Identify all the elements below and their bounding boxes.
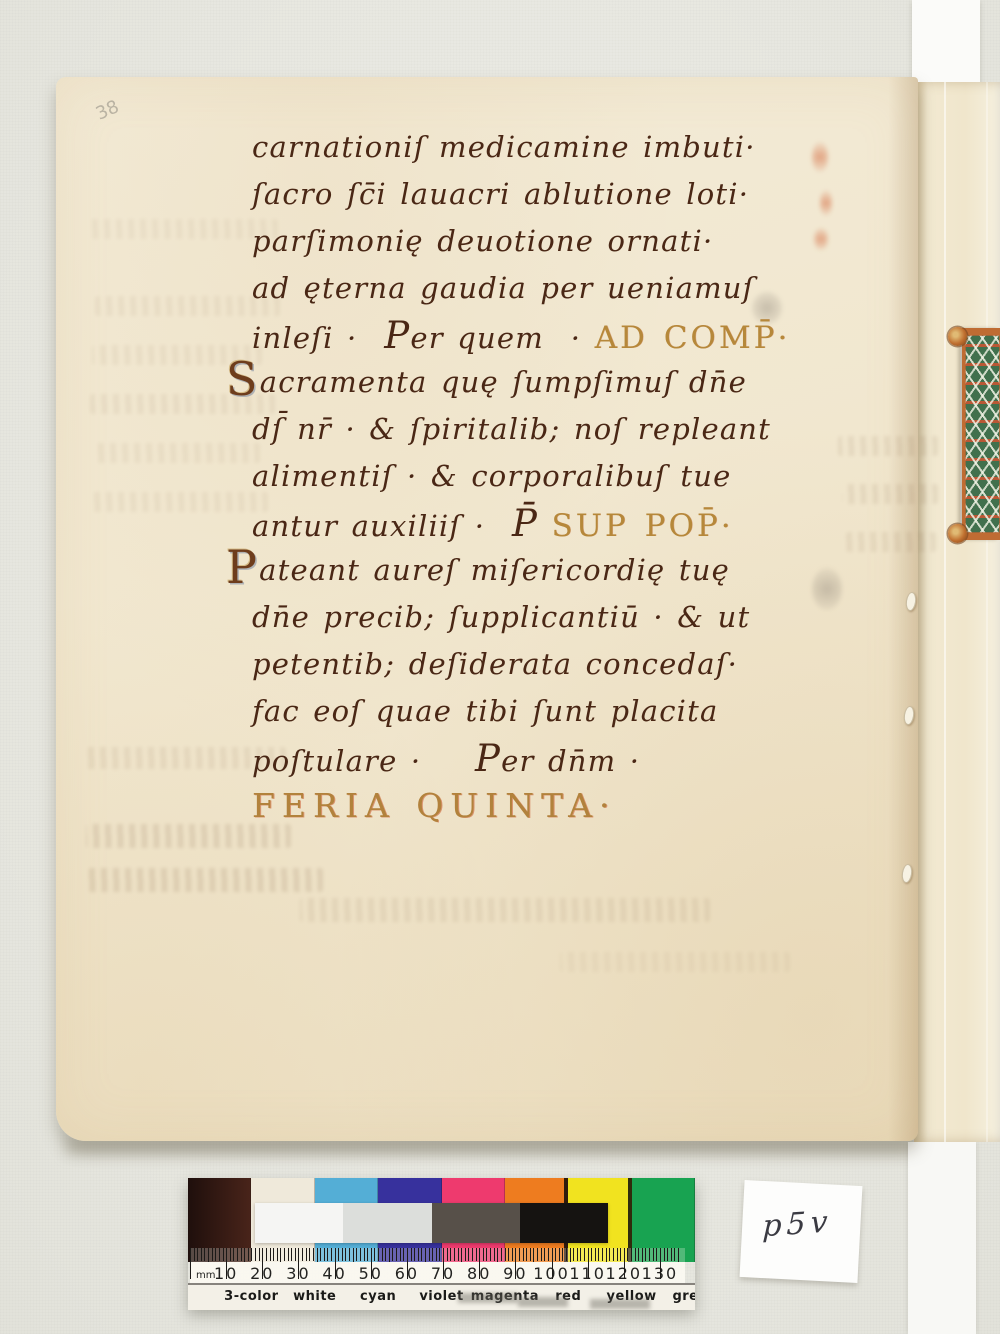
manuscript-line: antur auxiliiſ · P̄ SUP POP̄· — [226, 500, 838, 547]
ruler-tick — [519, 1248, 520, 1261]
ruler-tick — [382, 1248, 383, 1261]
manuscript-line: ſacro ſc̄i lauacri ablutione loti· — [226, 171, 838, 218]
leaf-edge-highlight — [944, 82, 946, 1142]
ruler-tick — [324, 1248, 325, 1261]
ruler-tick — [320, 1248, 321, 1261]
manuscript-line: dſ̄ nr̄ · & ſpiritalib; noſ repleant — [226, 406, 838, 453]
ruler-tick — [508, 1248, 509, 1261]
ruler-tick — [226, 1248, 227, 1279]
ruler-shadow — [518, 1297, 568, 1307]
ruler-tick — [450, 1248, 451, 1261]
ruler-tick — [411, 1248, 412, 1261]
text-segment-ink: er dn̄m · — [501, 744, 640, 778]
vine-leaf-pattern — [965, 335, 1000, 533]
ruler-tick — [642, 1248, 643, 1262]
manuscript-line: inleſi · Per quem · AD COMP̄· — [226, 312, 838, 359]
tissue-paper-top — [912, 0, 980, 88]
ruler-tick — [302, 1248, 303, 1261]
ruler-tick — [360, 1248, 361, 1261]
ruler-tick — [429, 1248, 430, 1261]
folio-label-slip: p5v — [740, 1180, 863, 1283]
text-segment-gold: SUP POP̄· — [552, 508, 734, 544]
ruler-tick — [584, 1248, 585, 1261]
showthrough-text-ghost — [300, 898, 710, 922]
text-segment-ink: carnationiſ medicamine imbuti· — [252, 130, 756, 164]
ruler-tick — [298, 1248, 299, 1279]
ruler-tick — [194, 1248, 195, 1261]
text-segment-ink: parſimonię deuotione ornati· — [252, 224, 713, 258]
ruler-tick — [295, 1248, 296, 1261]
ruler-tick — [392, 1248, 393, 1261]
ruler-tick — [356, 1248, 357, 1261]
ruler-tick — [270, 1248, 271, 1261]
ruler-tick — [418, 1248, 419, 1261]
ruler-tick — [284, 1248, 285, 1261]
text-segment-ink: ſacro ſc̄i lauacri ablutione loti· — [252, 177, 749, 211]
ruler-tick — [244, 1248, 245, 1262]
ruler-tick — [660, 1248, 661, 1279]
text-segment-ink: inleſi · — [252, 321, 384, 355]
ruler-tick — [439, 1248, 440, 1261]
ruler-tick — [204, 1248, 205, 1261]
manuscript-line: parſimonię deuotione ornati· — [226, 218, 838, 265]
tissue-paper-bottom — [908, 1142, 976, 1334]
grayscale-strip — [255, 1203, 608, 1243]
ruler-tick — [613, 1248, 614, 1261]
ruler-tick — [396, 1248, 397, 1261]
patch-label-cyan: cyan — [360, 1289, 396, 1304]
patch-label-green: green — [672, 1289, 695, 1304]
ruler-tick — [262, 1248, 263, 1279]
ruler-tick — [638, 1248, 639, 1261]
ruler-tick — [606, 1248, 607, 1262]
patch-label-row: 3-colorwhitecyanvioletmagentaredyellowgr… — [188, 1283, 695, 1310]
grayscale-segment — [343, 1203, 431, 1243]
ruler-tick — [497, 1248, 498, 1262]
ruler-tick — [523, 1248, 524, 1261]
text-segment-bigp: P — [475, 737, 501, 780]
ruler-tick — [458, 1248, 459, 1261]
ruler-tick — [486, 1248, 487, 1261]
ruler-tick-band — [190, 1248, 685, 1262]
manuscript-line: Sacramenta quę ſumpſimuſ dn̄e — [226, 359, 838, 406]
ruler-tick — [635, 1248, 636, 1261]
ruler-tick — [266, 1248, 267, 1261]
ruler-tick — [425, 1248, 426, 1262]
ruler-tick — [501, 1248, 502, 1261]
ruler-tick — [313, 1248, 314, 1261]
manuscript-line: ad ęterna gaudia per ueniamuſ — [226, 265, 838, 312]
ruler-tick — [317, 1248, 318, 1262]
ruler-tick — [602, 1248, 603, 1261]
ruler-tick — [241, 1248, 242, 1261]
ruler-tick — [645, 1248, 646, 1261]
ruler-tick — [541, 1248, 542, 1261]
manuscript-line: dn̄e precib; ſupplicantiū · & ut — [226, 594, 838, 641]
manuscript-line: poſtulare · Per dn̄m · — [226, 735, 838, 782]
ruler-tick — [233, 1248, 234, 1261]
ruler-tick — [624, 1248, 625, 1279]
color-calibration-bar: mm 102030405060708090100110120130 3-colo… — [188, 1178, 695, 1308]
ruler-tick — [664, 1248, 665, 1261]
ruler-tick — [367, 1248, 368, 1261]
ruler-tick — [494, 1248, 495, 1261]
manuscript-line: Pateant aureſ miſericordię tuę — [226, 547, 838, 594]
ruler-tick — [631, 1248, 632, 1261]
ruler-tick — [533, 1248, 534, 1262]
grayscale-segment — [432, 1203, 520, 1243]
ruler-tick — [197, 1248, 198, 1261]
ruler-tick — [530, 1248, 531, 1261]
ruler-shadow — [590, 1299, 650, 1309]
ruler-tick — [389, 1248, 390, 1262]
ruler-tick — [421, 1248, 422, 1261]
grayscale-segment — [520, 1203, 608, 1243]
text-segment-ink: ad ęterna gaudia per ueniamuſ — [252, 271, 755, 305]
ruler-unit-label: mm — [196, 1270, 215, 1281]
ruler-tick — [512, 1248, 513, 1261]
ruler-tick — [309, 1248, 310, 1261]
folio-label-text: p5v — [762, 1204, 833, 1244]
ruler-tick — [577, 1248, 578, 1261]
ruler-tick — [447, 1248, 448, 1261]
ruler-tick — [461, 1248, 462, 1262]
ruler-tick — [656, 1248, 657, 1261]
ruler-shadow — [458, 1293, 518, 1303]
ruler-tick — [609, 1248, 610, 1261]
border-corner-boss — [948, 524, 967, 543]
ruler-tick — [338, 1248, 339, 1261]
ruler-tick — [526, 1248, 527, 1261]
manuscript-line: alimentiſ · & corporalibuſ tue — [226, 453, 838, 500]
ruler-tick — [591, 1248, 592, 1261]
ruler-tick — [212, 1248, 213, 1261]
illuminated-border — [962, 328, 1000, 540]
ruler-tick — [345, 1248, 346, 1261]
patch-label-white: white — [293, 1289, 336, 1304]
ruler-tick — [219, 1248, 220, 1261]
ruler-tick — [595, 1248, 596, 1261]
ruler-tick — [649, 1248, 650, 1261]
ruler-tick — [371, 1248, 372, 1279]
showthrough-text-ghost — [560, 952, 790, 972]
manuscript-photograph: 38 carnationiſ medicamine imbuti·ſacro ſ… — [0, 0, 1000, 1334]
text-segment-ink: alimentiſ · & corporalibuſ tue — [252, 459, 732, 493]
ruler-tick — [667, 1248, 668, 1261]
ruler-tick — [327, 1248, 328, 1261]
ruler-tick — [201, 1248, 202, 1261]
ruler-tick — [653, 1248, 654, 1261]
showthrough-text-ghost — [846, 532, 936, 552]
ruler: mm 102030405060708090100110120130 — [190, 1262, 685, 1283]
ruler-tick — [353, 1248, 354, 1262]
ruler-tick — [588, 1248, 589, 1279]
ruler-tick — [208, 1248, 209, 1262]
ruler-tick — [674, 1248, 675, 1261]
text-segment-ink: ateant aureſ miſericordię tuę — [259, 553, 730, 587]
border-corner-boss — [948, 327, 967, 346]
text-segment-ink — [538, 509, 551, 543]
ruler-tick — [342, 1248, 343, 1261]
text-segment-ink: dſ̄ nr̄ · & ſpiritalib; noſ repleant — [252, 412, 771, 446]
ruler-tick — [465, 1248, 466, 1261]
ruler-tick — [215, 1248, 216, 1261]
ruler-tick — [349, 1248, 350, 1261]
ruler-tick — [580, 1248, 581, 1261]
ruler-tick — [403, 1248, 404, 1261]
ruler-tick — [454, 1248, 455, 1261]
manuscript-line: fac eoſ quae tibi ſunt placita — [226, 688, 838, 735]
ruler-tick — [288, 1248, 289, 1261]
ruler-tick — [515, 1248, 516, 1279]
ruler-tick — [385, 1248, 386, 1261]
ruler-tick — [570, 1248, 571, 1262]
ruler-tick — [364, 1248, 365, 1261]
manuscript-line: petentib; deſiderata concedaſ· — [226, 641, 838, 688]
manuscript-line: carnationiſ medicamine imbuti· — [226, 124, 838, 171]
ruler-tick — [237, 1248, 238, 1261]
ruler-tick — [505, 1248, 506, 1261]
ruler-tick — [400, 1248, 401, 1261]
gutter-shading — [888, 77, 918, 1141]
ruler-tick — [248, 1248, 249, 1261]
ruler-tick — [306, 1248, 307, 1261]
ruler-tick — [273, 1248, 274, 1261]
showthrough-text-ghost — [842, 484, 938, 504]
ruler-tick — [555, 1248, 556, 1261]
ruler-tick — [414, 1248, 415, 1261]
ruler-tick — [378, 1248, 379, 1261]
ruler-tick — [436, 1248, 437, 1261]
ruler-tick — [559, 1248, 560, 1261]
leaf-edge-highlight — [986, 82, 988, 1142]
ruler-tick — [331, 1248, 332, 1261]
text-segment-bigp: P — [384, 314, 410, 357]
ruler-tick — [479, 1248, 480, 1279]
ruler-tick — [537, 1248, 538, 1261]
ruler-tick — [627, 1248, 628, 1261]
showthrough-text-ghost — [838, 436, 938, 456]
ruler-tick — [472, 1248, 473, 1261]
ruler-tick — [468, 1248, 469, 1261]
ruler-tick — [544, 1248, 545, 1261]
grayscale-segment — [255, 1203, 343, 1243]
ruler-tick — [374, 1248, 375, 1261]
ruler-tick — [490, 1248, 491, 1261]
manuscript-line: FERIA QUINTA· — [226, 782, 838, 829]
ruler-tick — [598, 1248, 599, 1261]
text-segment-ink: acramenta quę ſumpſimuſ dn̄e — [260, 365, 747, 399]
text-block: carnationiſ medicamine imbuti·ſacro ſc̄i… — [226, 124, 838, 829]
ruler-tick — [230, 1248, 231, 1261]
patch-label-3-color: 3-color — [224, 1289, 278, 1304]
ruler-tick — [432, 1248, 433, 1261]
ruler-tick — [190, 1248, 191, 1279]
text-segment-ink: fac eoſ quae tibi ſunt placita — [252, 694, 719, 728]
ruler-tick — [678, 1248, 679, 1262]
text-segment-ink: dn̄e precib; ſupplicantiū · & ut — [252, 600, 750, 634]
ruler-tick — [280, 1248, 281, 1262]
ruler-tick — [251, 1248, 252, 1261]
ruler-tick — [483, 1248, 484, 1261]
ruler-tick — [277, 1248, 278, 1261]
text-segment-bigp: P̄ — [512, 502, 538, 545]
text-segment-ink: petentib; deſiderata concedaſ· — [252, 647, 738, 681]
text-segment-gold: AD COMP̄· — [595, 320, 791, 356]
ruler-tick — [291, 1248, 292, 1261]
ruler-tick — [407, 1248, 408, 1279]
text-segment-ink: antur auxiliiſ · — [252, 509, 512, 543]
ruler-tick — [255, 1248, 256, 1261]
showthrough-text-ghost — [88, 868, 323, 892]
text-segment-ink: er quem · — [410, 321, 594, 355]
ruler-tick — [552, 1248, 553, 1279]
ruler-tick — [548, 1248, 549, 1261]
ruler-tick — [671, 1248, 672, 1261]
ruler-tick — [562, 1248, 563, 1261]
ruler-tick — [476, 1248, 477, 1261]
ruler-tick — [573, 1248, 574, 1261]
ruler-tick — [335, 1248, 336, 1279]
facing-leaf-edge — [914, 82, 1000, 1142]
ruler-tick — [259, 1248, 260, 1261]
ruler-tick — [566, 1248, 567, 1261]
ruler-tick — [617, 1248, 618, 1261]
text-segment-feria: FERIA QUINTA· — [252, 786, 617, 825]
ruler-tick — [620, 1248, 621, 1261]
text-segment-ink: poſtulare · — [252, 744, 475, 778]
ruler-tick — [443, 1248, 444, 1279]
ruler-tick — [223, 1248, 224, 1261]
